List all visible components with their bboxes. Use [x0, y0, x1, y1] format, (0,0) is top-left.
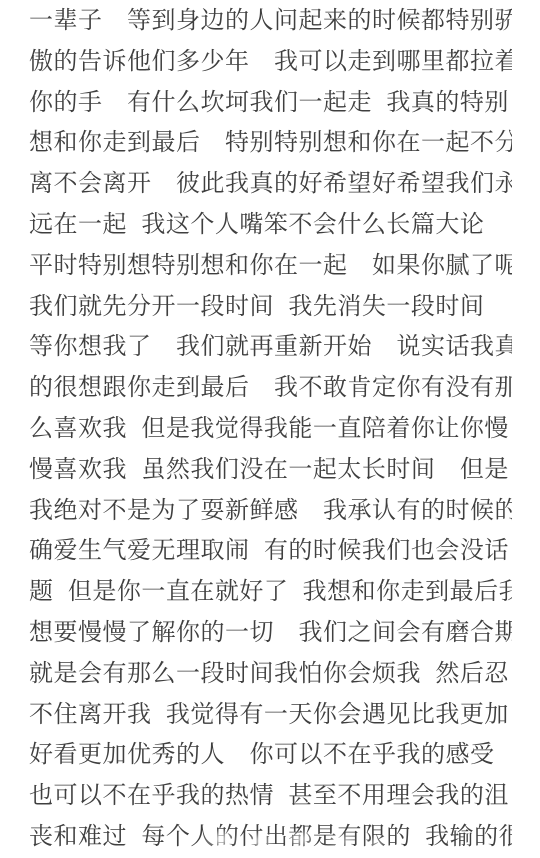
- text-line: 我绝对不是为了耍新鲜感 我承认有的时候的: [29, 491, 512, 532]
- text-line: 就是会有那么一段时间我怕你会烦我 然后忍: [29, 654, 512, 695]
- text-line: 好看更加优秀的人 你可以不在乎我的感受: [29, 735, 512, 776]
- text-line: 等你想我了 我们就再重新开始 说实话我真: [29, 327, 512, 368]
- text-page: 一辈子 等到身边的人问起来的时候都特别骄 傲的告诉他们多少年 我可以走到哪里都拉…: [0, 0, 540, 858]
- text-line: 平时特别想特别想和你在一起 如果你腻了呢: [29, 246, 512, 287]
- text-line: 想要慢慢了解你的一切 我们之间会有磨合期: [29, 613, 512, 654]
- text-line: 一辈子 等到身边的人问起来的时候都特别骄: [29, 1, 512, 42]
- text-line: 你的手 有什么坎坷我们一起走 我真的特别: [29, 83, 512, 124]
- text-line: 傲的告诉他们多少年 我可以走到哪里都拉着: [29, 42, 512, 83]
- text-line: 离不会离开 彼此我真的好希望好希望我们永: [29, 164, 512, 205]
- text-line: 我们就先分开一段时间 我先消失一段时间: [29, 287, 512, 328]
- text-line: 的很想跟你走到最后 我不敢肯定你有没有那: [29, 368, 512, 409]
- text-line: 慢喜欢我 虽然我们没在一起太长时间 但是: [29, 450, 512, 491]
- text-line: 也可以不在乎我的热情 甚至不用理会我的沮: [29, 776, 512, 817]
- text-line: 么喜欢我 但是我觉得我能一直陪着你让你慢: [29, 409, 512, 450]
- text-line: 远在一起 我这个人嘴笨不会什么长篇大论: [29, 205, 512, 246]
- text-line: 题 但是你一直在就好了 我想和你走到最后我: [29, 572, 512, 613]
- message-text-block: 一辈子 等到身边的人问起来的时候都特别骄 傲的告诉他们多少年 我可以走到哪里都拉…: [29, 1, 512, 858]
- text-line: 想和你走到最后 特别特别想和你在一起不分: [29, 123, 512, 164]
- text-line: 丧和难过 每个人的付出都是有限的 我输的很: [29, 817, 512, 858]
- text-line: 不住离开我 我觉得有一天你会遇见比我更加: [29, 695, 512, 736]
- text-line: 确爱生气爱无理取闹 有的时候我们也会没话: [29, 531, 512, 572]
